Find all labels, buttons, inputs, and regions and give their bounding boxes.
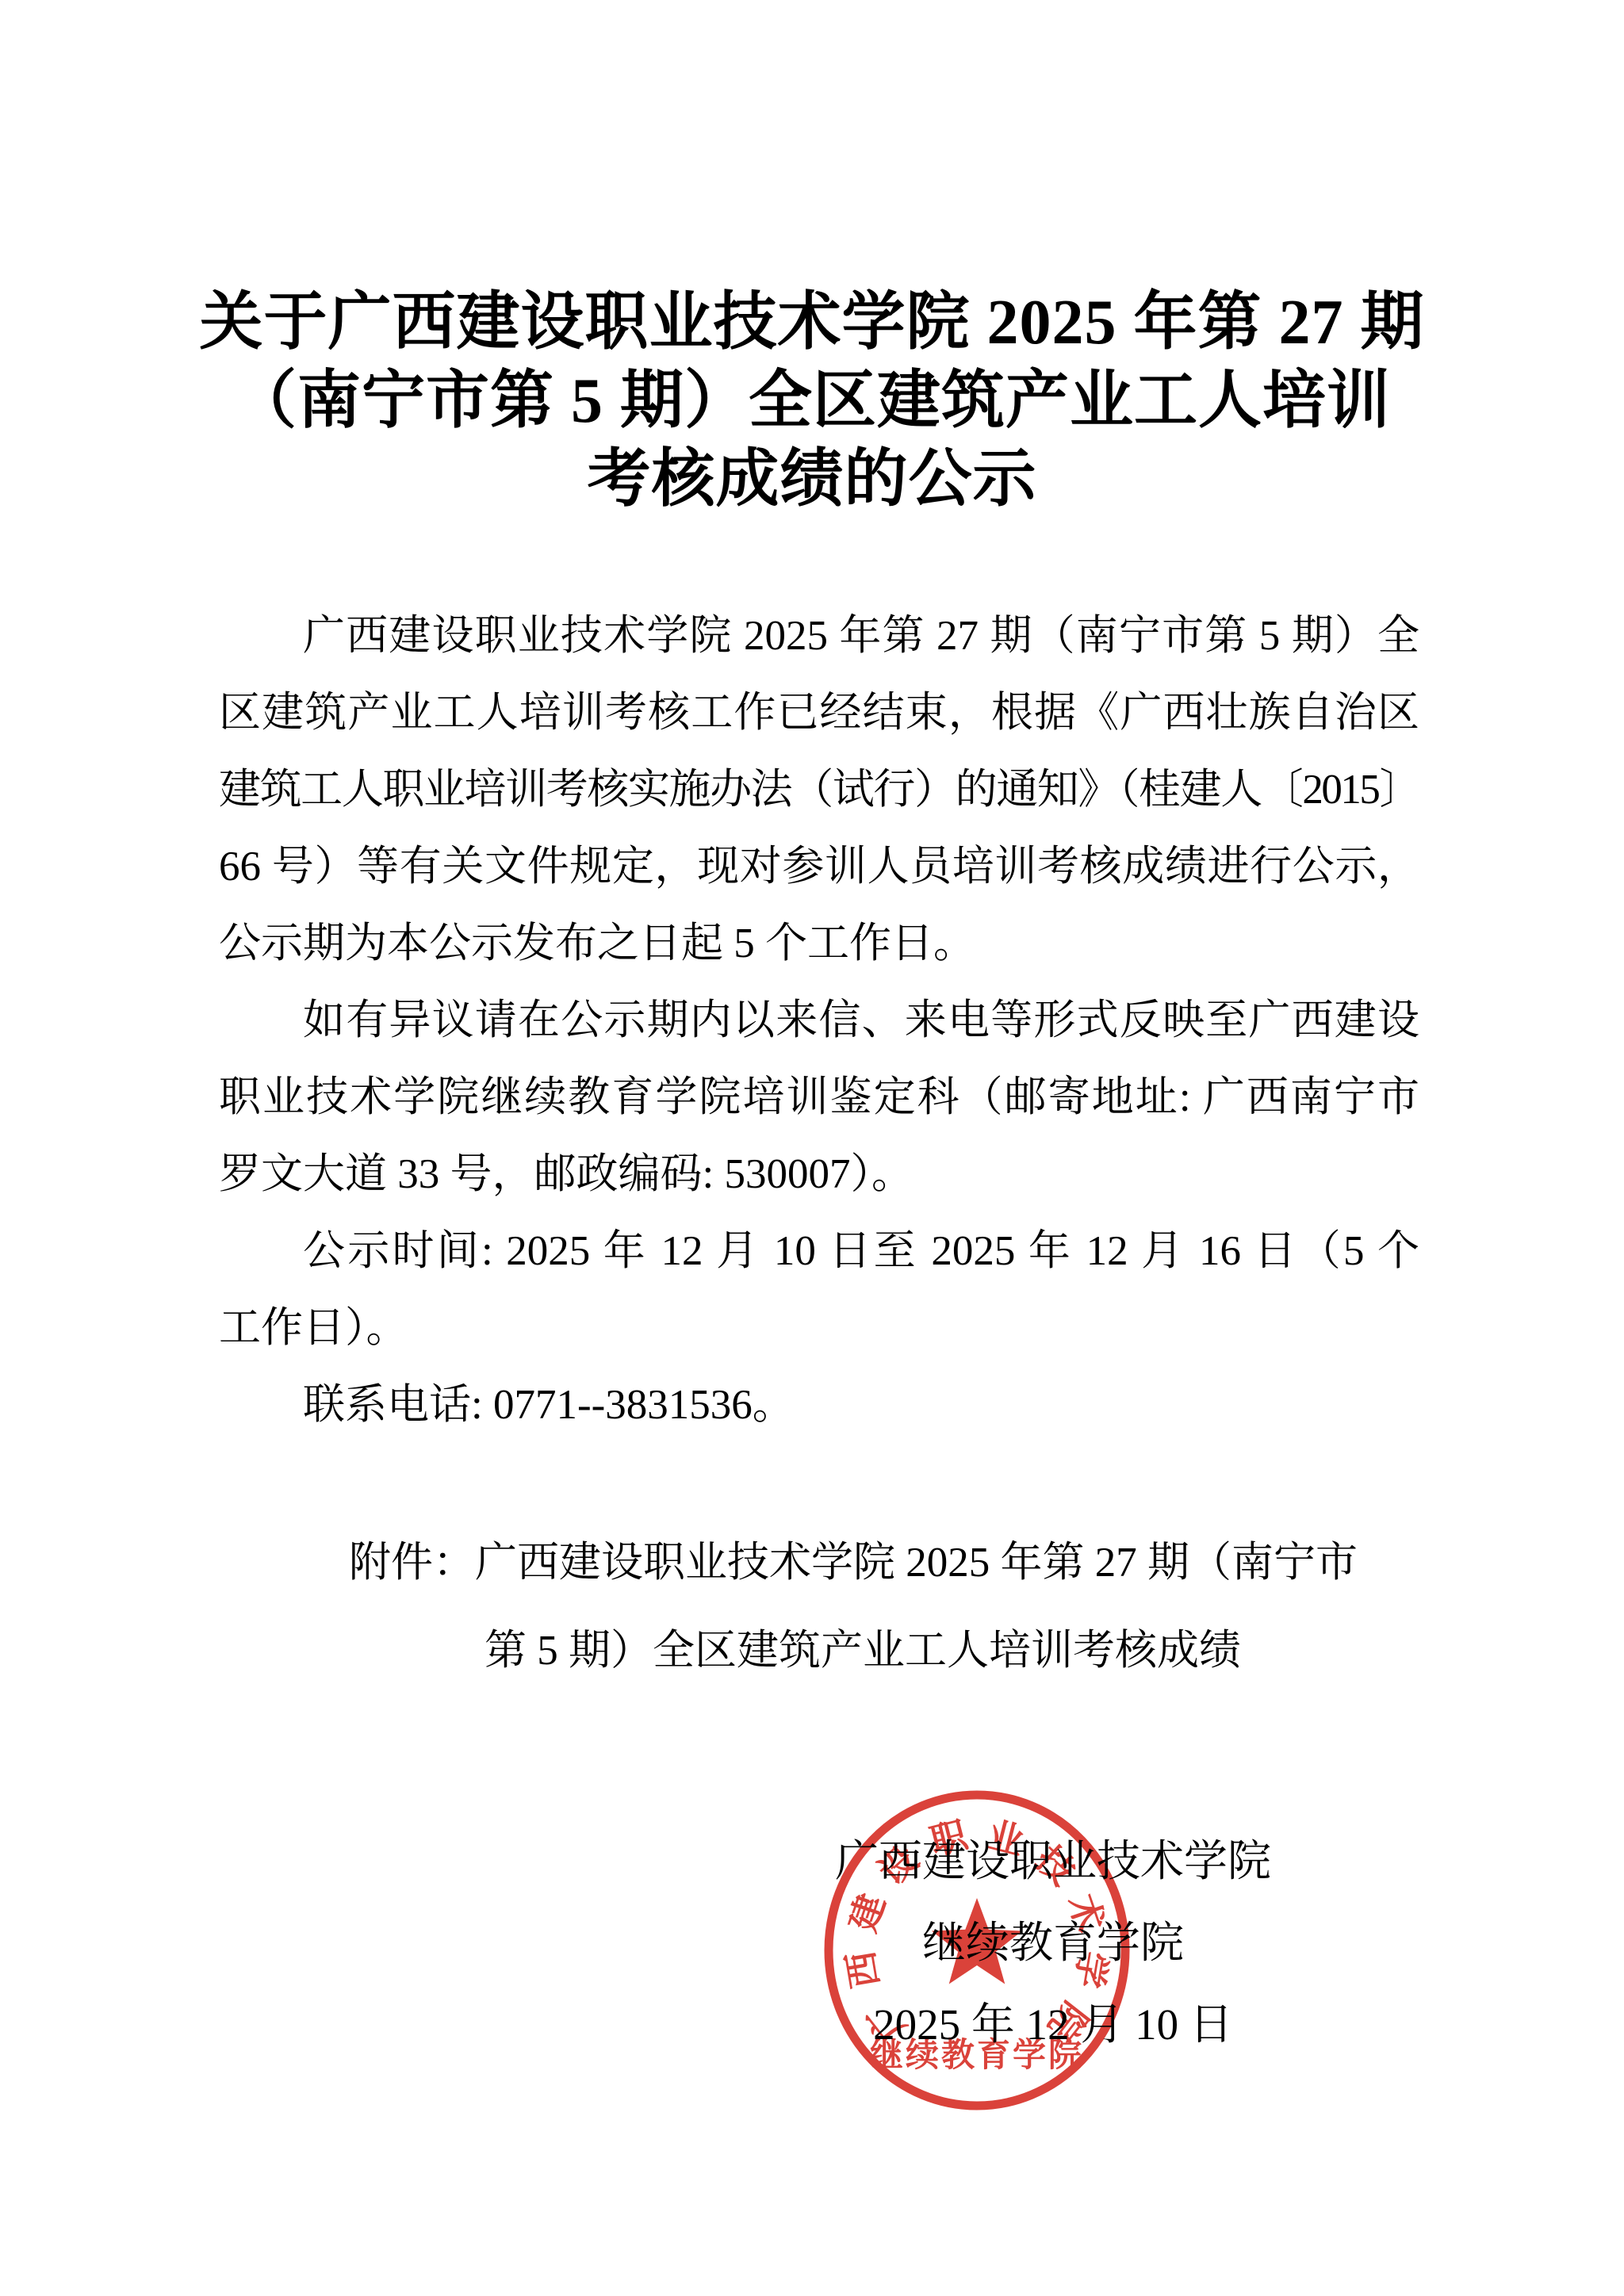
seal-arc-char: 建 [843,1889,893,1937]
body-line: 如有异议请在公示期内以来信、来电等形式反映至广西建设 [219,982,1419,1059]
seal-arc-char: 术 [1061,1889,1111,1937]
body-line: 职业技术学院继续教育学院培训鉴定科（邮寄地址: 广西南宁市 [219,1059,1419,1136]
official-seal-stamp: 广 西 建 设 职 业 技 术 学 院 继续教育学院 [820,1787,1134,2114]
title-line-1: 关于广西建设职业技术学院 2025 年第 27 期 [190,284,1434,362]
notice-document-page: 关于广西建设职业技术学院 2025 年第 27 期 （南宁市第 5 期）全区建筑… [0,0,1624,2296]
seal-arc-char: 西 [841,1948,887,1991]
seal-arc-char: 业 [982,1815,1028,1863]
attachment-line-1: 附件：广西建设职业技术学院 2025 年第 27 期（南宁市 [349,1519,1358,1606]
title-line-2: （南宁市第 5 期）全区建筑产业工人培训 [190,362,1434,441]
body-line: 罗文大道 33 号，邮政编码: 530007）。 [219,1136,1419,1213]
seal-arc-char: 职 [926,1814,972,1862]
seal-arc-char: 技 [1028,1839,1082,1893]
body-text: 广西建设职业技术学院 2025 年第 27 期（南宁市第 5 期）全 区建筑产业… [219,598,1419,1444]
body-line: 66 号）等有关文件规定，现对参训人员培训考核成绩进行公示， [219,828,1419,905]
body-line: 公示时间: 2025 年 12 月 10 日至 2025 年 12 月 16 日… [219,1213,1419,1290]
body-line: 工作日）。 [219,1290,1419,1367]
attachment-line-2: 第 5 期）全区建筑产业工人培训考核成绩 [485,1607,1241,1694]
body-line: 广西建设职业技术学院 2025 年第 27 期（南宁市第 5 期）全 [219,598,1419,675]
body-line: 区建筑产业工人培训考核工作已经结束，根据《广西壮族自治区 [219,675,1419,752]
title-line-3: 考核成绩的公示 [190,441,1434,519]
body-line: 建筑工人职业培训考核实施办法（试行）的通知》（桂建人〔2015〕 [219,752,1419,828]
seal-arc-char: 设 [871,1839,925,1893]
document-title: 关于广西建设职业技术学院 2025 年第 27 期 （南宁市第 5 期）全区建筑… [190,284,1434,519]
seal-arc-char: 学 [1067,1948,1113,1991]
seal-bottom-text: 继续教育学院 [870,2037,1084,2074]
seal-graphic: 广 西 建 设 职 业 技 术 学 院 继续教育学院 [820,1787,1134,2114]
star-icon [932,1898,1022,1984]
body-line: 公示期为本公示发布之日起 5 个工作日。 [219,905,1419,982]
body-line: 联系电话: 0771--3831536。 [219,1367,1419,1444]
